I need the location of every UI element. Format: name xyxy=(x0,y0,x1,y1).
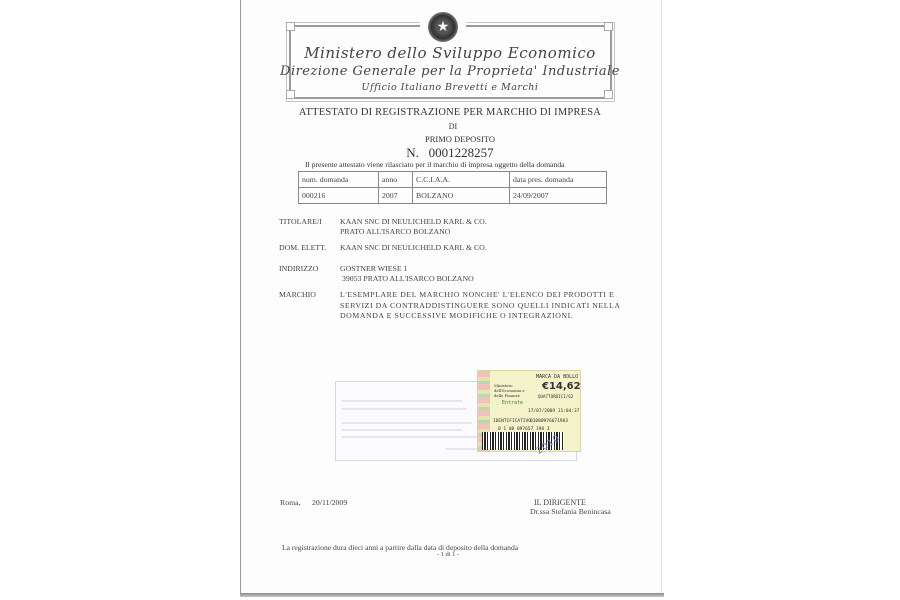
ministry-name: Ministero dello Sviluppo Economico xyxy=(0,44,900,62)
field-value-indirizzo: GOSTNER WIESE 1 39053 PRATO ALL'ISARCO B… xyxy=(340,264,474,283)
table-cell: 2007 xyxy=(379,188,413,204)
document-subtitle: PRIMO DEPOSITO xyxy=(0,134,900,144)
stamp-identifier: 01080976671983 xyxy=(530,419,568,424)
table-header-cell: data pres. domanda xyxy=(510,172,607,188)
table-header-cell: C.C.I.A.A. xyxy=(413,172,510,188)
stamp-brand: Entrate xyxy=(502,400,523,406)
field-label-dom-elett: DOM. ELETT. xyxy=(279,243,326,252)
registration-number: N. 0001228257 xyxy=(0,145,900,161)
field-value-marchio: L'ESEMPLARE DEL MARCHIO NONCHE' L'ELENCO… xyxy=(340,290,621,322)
frame-corner xyxy=(604,22,613,31)
signatory-name: Dr.ssa Stefania Benincasa xyxy=(530,507,611,516)
table-cell: BOLZANO xyxy=(413,188,510,204)
table-header-row: num. domanda anno C.C.I.A.A. data pres. … xyxy=(299,172,607,188)
table-cell: 000216 xyxy=(299,188,379,204)
field-value-titolare: KAAN SNC DI NEULICHELD KARL & CO. PRATO … xyxy=(340,217,487,236)
page-number: - 1 di 1 - xyxy=(0,551,896,558)
field-line: KAAN SNC DI NEULICHELD KARL & CO. xyxy=(340,243,487,253)
stamp-amount-words: QUATTORDICI/62 xyxy=(538,394,573,399)
table-row: 000216 2007 BOLZANO 24/09/2007 xyxy=(299,188,607,204)
field-line: L'ESEMPLARE DEL MARCHIO NONCHE' L'ELENCO… xyxy=(340,290,621,301)
field-label-titolare: TITOLARE/I xyxy=(279,217,322,226)
frame-corner xyxy=(286,22,295,31)
office-name: Ufficio Italiano Brevetti e Marchi xyxy=(0,82,900,93)
stamp-datetime: 17/07/2009 11:04:37 xyxy=(528,409,579,414)
field-line: DOMANDA E SUCCESSIVE MODIFICHE O INTEGRA… xyxy=(340,311,621,322)
table-header-cell: anno xyxy=(379,172,413,188)
title-di: DI xyxy=(0,122,900,131)
field-line: PRATO ALL'ISARCO BOLZANO xyxy=(340,227,487,237)
table-header-cell: num. domanda xyxy=(299,172,379,188)
field-line: GOSTNER WIESE 1 xyxy=(340,264,474,274)
stamp-issuer: Ministero dell'Economia e delle Finanze xyxy=(494,383,534,398)
table-cell: 24/09/2007 xyxy=(510,188,607,204)
directorate-name: Direzione Generale per la Proprieta' Ind… xyxy=(0,64,900,79)
italian-republic-emblem-icon: ★ xyxy=(428,12,458,42)
field-label-marchio: MARCHIO xyxy=(279,290,316,299)
signatory-role: IL DIRIGENTE xyxy=(534,498,586,507)
application-table: num. domanda anno C.C.I.A.A. data pres. … xyxy=(298,171,607,204)
field-line: 39053 PRATO ALL'ISARCO BOLZANO xyxy=(340,274,474,284)
stamp-amount: €14,62 xyxy=(542,381,581,392)
field-line: KAAN SNC DI NEULICHELD KARL & CO. xyxy=(340,217,487,227)
field-value-dom-elett: KAAN SNC DI NEULICHELD KARL & CO. xyxy=(340,243,487,253)
field-line: SERVIZI DA CONTRADDISTINGUERE SONO QUELL… xyxy=(340,301,621,312)
document-title: ATTESTATO DI REGISTRAZIONE PER MARCHIO D… xyxy=(0,107,900,118)
stamp-header: MARCA DA BOLLO xyxy=(536,374,578,380)
intro-text: Il presente attestato viene rilasciato p… xyxy=(305,160,565,169)
page-shadow xyxy=(240,593,664,597)
signature-date: 20/11/2009 xyxy=(312,498,347,507)
signature-place: Roma, xyxy=(280,498,301,507)
stamp-identifier-label: IDENTIFICATIVO xyxy=(493,419,531,424)
field-label-indirizzo: INDIRIZZO xyxy=(279,264,318,273)
